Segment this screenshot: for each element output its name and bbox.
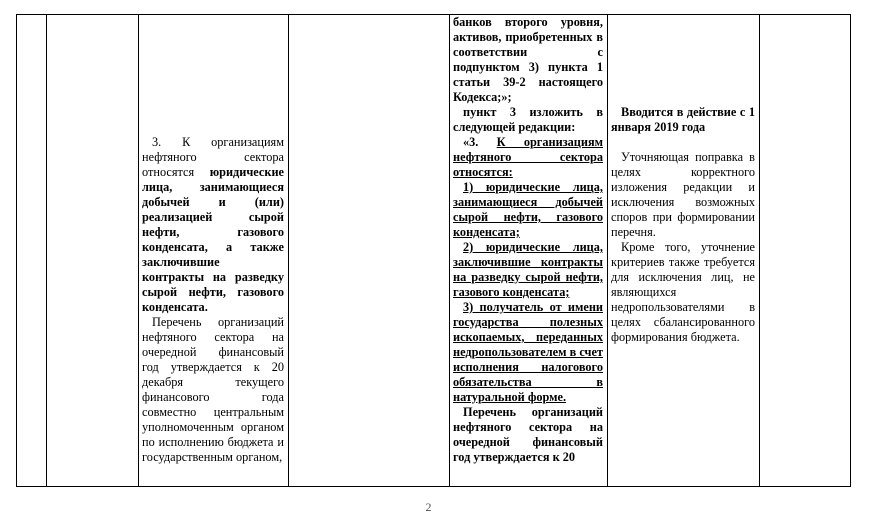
proposed-item-1: 1) юридические лица, занимающиеся добыче… xyxy=(453,180,603,240)
current-para-list: Перечень организаций нефтяного сектора н… xyxy=(142,315,284,465)
proposed-instruction: пункт 3 изложить в следующей редакции: xyxy=(453,105,603,135)
current-text-cell: 3. К организациям нефтяного сектора отно… xyxy=(142,135,284,465)
proposed-continuation: банков второго уровня, активов, приобрет… xyxy=(453,15,603,105)
rationale-cell: Вводится в действие с 1 января 2019 года… xyxy=(611,105,755,345)
proposed-para-3: «3. К организациям нефтяного сектора отн… xyxy=(453,135,603,180)
column-structural-unit xyxy=(46,15,138,486)
column-notes xyxy=(759,15,851,486)
column-number xyxy=(16,15,46,486)
proposed-text-cell: банков второго уровня, активов, приобрет… xyxy=(453,15,603,465)
proposed-para-list: Перечень организаций нефтяного сектора н… xyxy=(453,405,603,465)
effective-date: Вводится в действие с 1 января 2019 года xyxy=(611,105,755,135)
proposed-item-3: 3) получатель от имени государства полез… xyxy=(453,300,603,405)
column-empty xyxy=(288,15,449,486)
proposed-item-2: 2) юридические лица, заключившие контрак… xyxy=(453,240,603,300)
rationale-para-1: Уточняющая поправка в целях корректного … xyxy=(611,150,755,240)
page-number: 2 xyxy=(0,500,857,515)
amendments-table: 3. К организациям нефтяного сектора отно… xyxy=(16,14,851,487)
rationale-para-2: Кроме того, уточнение критериев также тр… xyxy=(611,240,755,345)
current-para-3: 3. К организациям нефтяного сектора отно… xyxy=(142,135,284,315)
